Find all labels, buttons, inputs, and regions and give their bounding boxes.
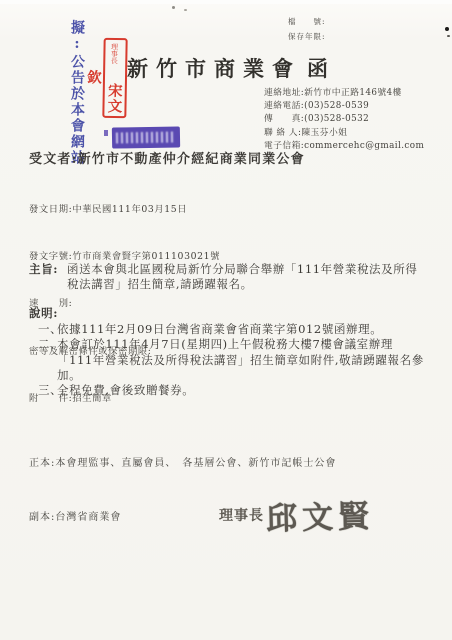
signer-title: 理事長 — [219, 505, 264, 525]
subject-text: 函送本會與北區國稅局新竹分局聯合舉辦「111年營業稅法及所得稅法講習」招生簡章,… — [67, 262, 427, 292]
scan-speck — [172, 6, 175, 9]
signer-name-signature: 邱文賢 — [265, 491, 374, 539]
issue-date-line: 發文日期:中華民國111年03月15日 — [29, 202, 220, 218]
explanation-section: 說明: 一、依據111年2月09日台灣省商業會省商業字第012號函辦理。 二、本… — [29, 306, 427, 398]
contact-address-line: 連絡地址:新竹市中正路146號4樓 — [264, 87, 424, 100]
file-number-label: 檔 號: — [288, 14, 326, 29]
document-meta: 發文日期:中華民國111年03月15日 發文字號:竹市商業會賢字第0111030… — [29, 170, 220, 439]
signature-block: 理事長 邱文賢 — [219, 492, 374, 537]
document-title: 新竹市商業會函 — [127, 53, 328, 83]
item-number: 三、 — [38, 383, 62, 398]
item-text: 全程免費,會後致贈餐券。 — [57, 383, 194, 397]
chairman-name-stamp: 理事長 宋文欽 — [102, 38, 127, 118]
doc-type-letter: 函 — [307, 56, 328, 81]
stamp-ink-smudge — [116, 131, 176, 143]
stamp-ink-splash — [104, 130, 108, 136]
contact-info: 連絡地址:新竹市中正路146號4樓 連絡電話:(03)528-0539 傳 真:… — [264, 87, 424, 153]
stamp-title-text: 理事長 — [110, 42, 118, 63]
registry-received-stamp — [112, 126, 180, 148]
contact-phone-line: 連絡電話:(03)528-0539 — [264, 100, 424, 113]
stamp-name-text: 宋文欽 — [85, 70, 123, 114]
item-number: 一、 — [38, 322, 62, 337]
contact-fax-line: 傳 真:(03)528-0532 — [264, 113, 424, 126]
explanation-label: 說明: — [29, 306, 427, 321]
explanation-item: 一、依據111年2月09日台灣省商業會省商業字第012號函辦理。 — [38, 322, 427, 337]
distribution-block: 正本:本會理監事、直屬會員、 各基層公會、新竹市記帳士公會 副本:台灣省商業會 — [29, 419, 336, 563]
recipient-label: 受文者: — [29, 152, 78, 167]
file-header: 檔 號: 保存年限: — [288, 14, 326, 44]
retention-period-label: 保存年限: — [288, 29, 326, 44]
explanation-item: 三、全程免費,會後致贈餐券。 — [38, 383, 427, 398]
scan-speck — [445, 27, 449, 31]
item-number: 二、 — [38, 337, 62, 352]
original-recipients: 正本:本會理監事、直屬會員、 各基層公會、新竹市記帳士公會 — [29, 455, 336, 473]
scan-speck — [184, 9, 187, 11]
contact-person-line: 聯 絡 人:陳玉芬小姐 — [264, 127, 424, 140]
subject-label: 主旨: — [29, 262, 67, 292]
recipient-line: 受文者:新竹市不動產仲介經紀商業同業公會 — [29, 148, 305, 167]
recipient-value: 新竹市不動產仲介經紀商業同業公會 — [78, 152, 305, 167]
item-text: 依據111年2月09日台灣省商業會省商業字第012號函辦理。 — [57, 322, 382, 336]
explanation-item: 二、本會訂於111年4月7日(星期四)上午假稅務大樓7樓會議室辦理「111年營業… — [38, 337, 427, 383]
scan-speck — [447, 35, 450, 37]
subject-section: 主旨: 函送本會與北區國稅局新竹分局聯合舉辦「111年營業稅法及所得稅法講習」招… — [29, 262, 427, 292]
scanned-official-letter: 檔 號: 保存年限: 擬:公告於本會網站 理事長 宋文欽 新竹市商業會函 連絡地… — [0, 0, 452, 640]
scan-edge-artifact — [0, 0, 452, 4]
org-name: 新竹市商業會 — [127, 56, 301, 81]
item-text: 本會訂於111年4月7日(星期四)上午假稅務大樓7樓會議室辦理「111年營業稅法… — [57, 337, 424, 381]
